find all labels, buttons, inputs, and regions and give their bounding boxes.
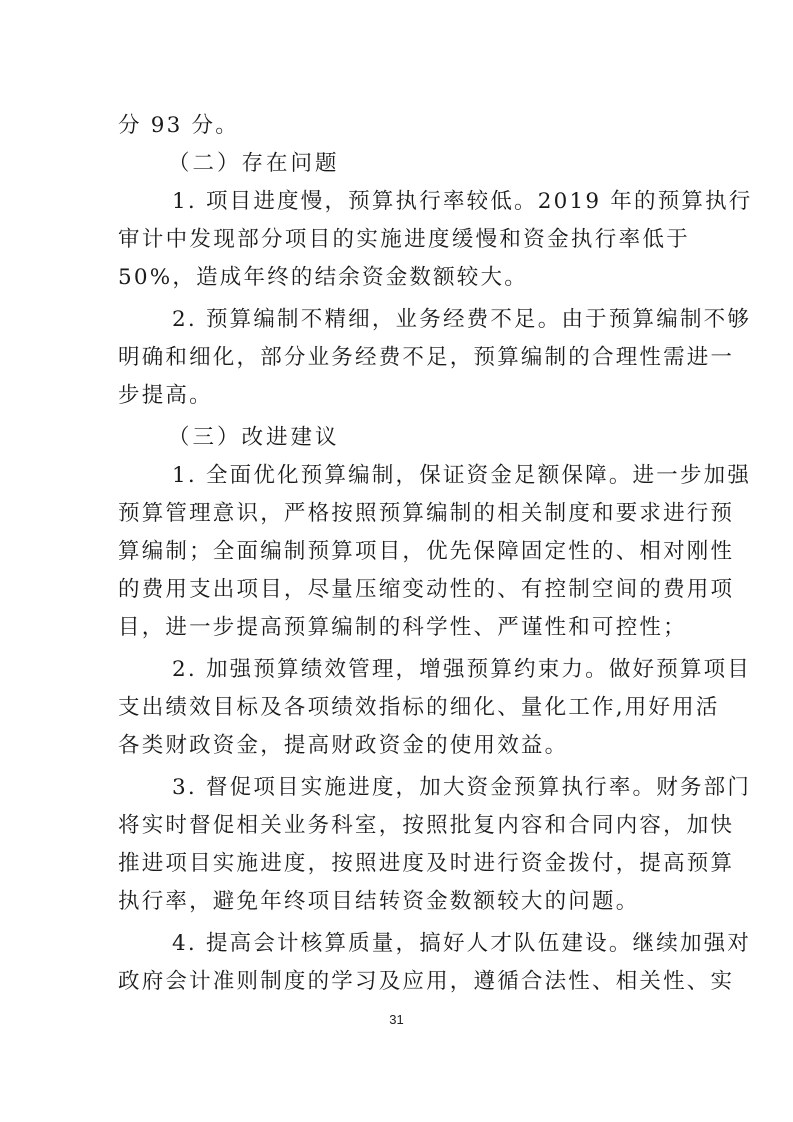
paragraph-line: 明确和细化，部分业务经费不足，预算编制的合理性需进一 xyxy=(118,344,690,372)
paragraph-first-line: 2. 预算编制不精细，业务经费不足。由于预算编制不够 xyxy=(172,306,690,334)
paragraph-line: 推进项目实施进度，按照进度及时进行资金拨付，提高预算 xyxy=(118,850,690,878)
paragraph-line: 的费用支出项目，尽量压缩变动性的、有控制空间的费用项 xyxy=(118,576,690,604)
paragraph-line: 审计中发现部分项目的实施进度缓慢和资金执行率低于 xyxy=(118,226,690,254)
paragraph-line: 支出绩效目标及各项绩效指标的细化、量化工作,用好用活 xyxy=(118,694,690,722)
section-heading: （三）改进建议 xyxy=(168,424,340,452)
paragraph-first-line: 1. 全面优化预算编制，保证资金足额保障。进一步加强 xyxy=(172,462,690,490)
paragraph-first-line: 3. 督促项目实施进度，加大资金预算执行率。财务部门 xyxy=(172,774,690,802)
paragraph-line: 执行率，避免年终项目结转资金数额较大的问题。 xyxy=(118,888,690,916)
paragraph-line: 算编制；全面编制预算项目，优先保障固定性的、相对刚性 xyxy=(118,538,690,566)
paragraph-first-line: 4. 提高会计核算质量，搞好人才队伍建设。继续加强对 xyxy=(172,930,690,958)
paragraph-line: 将实时督促相关业务科室，按照批复内容和合同内容，加快 xyxy=(118,812,690,840)
page-number: 31 xyxy=(0,1012,793,1027)
paragraph-line: 步提高。 xyxy=(118,382,690,410)
paragraph-line: 目，进一步提高预算编制的科学性、严谨性和可控性； xyxy=(118,614,690,642)
section-heading: （二）存在问题 xyxy=(168,150,340,178)
paragraph-line: 50%，造成年终的结余资金数额较大。 xyxy=(118,264,690,292)
paragraph-line: 政府会计准则制度的学习及应用，遵循合法性、相关性、实 xyxy=(118,968,690,996)
paragraph-first-line: 1. 项目进度慢，预算执行率较低。2019 年的预算执行 xyxy=(172,188,690,216)
paragraph-first-line: 2. 加强预算绩效管理，增强预算约束力。做好预算项目 xyxy=(172,656,690,684)
paragraph-line: 分 93 分。 xyxy=(118,112,690,140)
document-page: 分 93 分。（二）存在问题1. 项目进度慢，预算执行率较低。2019 年的预算… xyxy=(0,0,793,1122)
paragraph-line: 预算管理意识，严格按照预算编制的相关制度和要求进行预 xyxy=(118,500,690,528)
paragraph-line: 各类财政资金，提高财政资金的使用效益。 xyxy=(118,732,690,760)
